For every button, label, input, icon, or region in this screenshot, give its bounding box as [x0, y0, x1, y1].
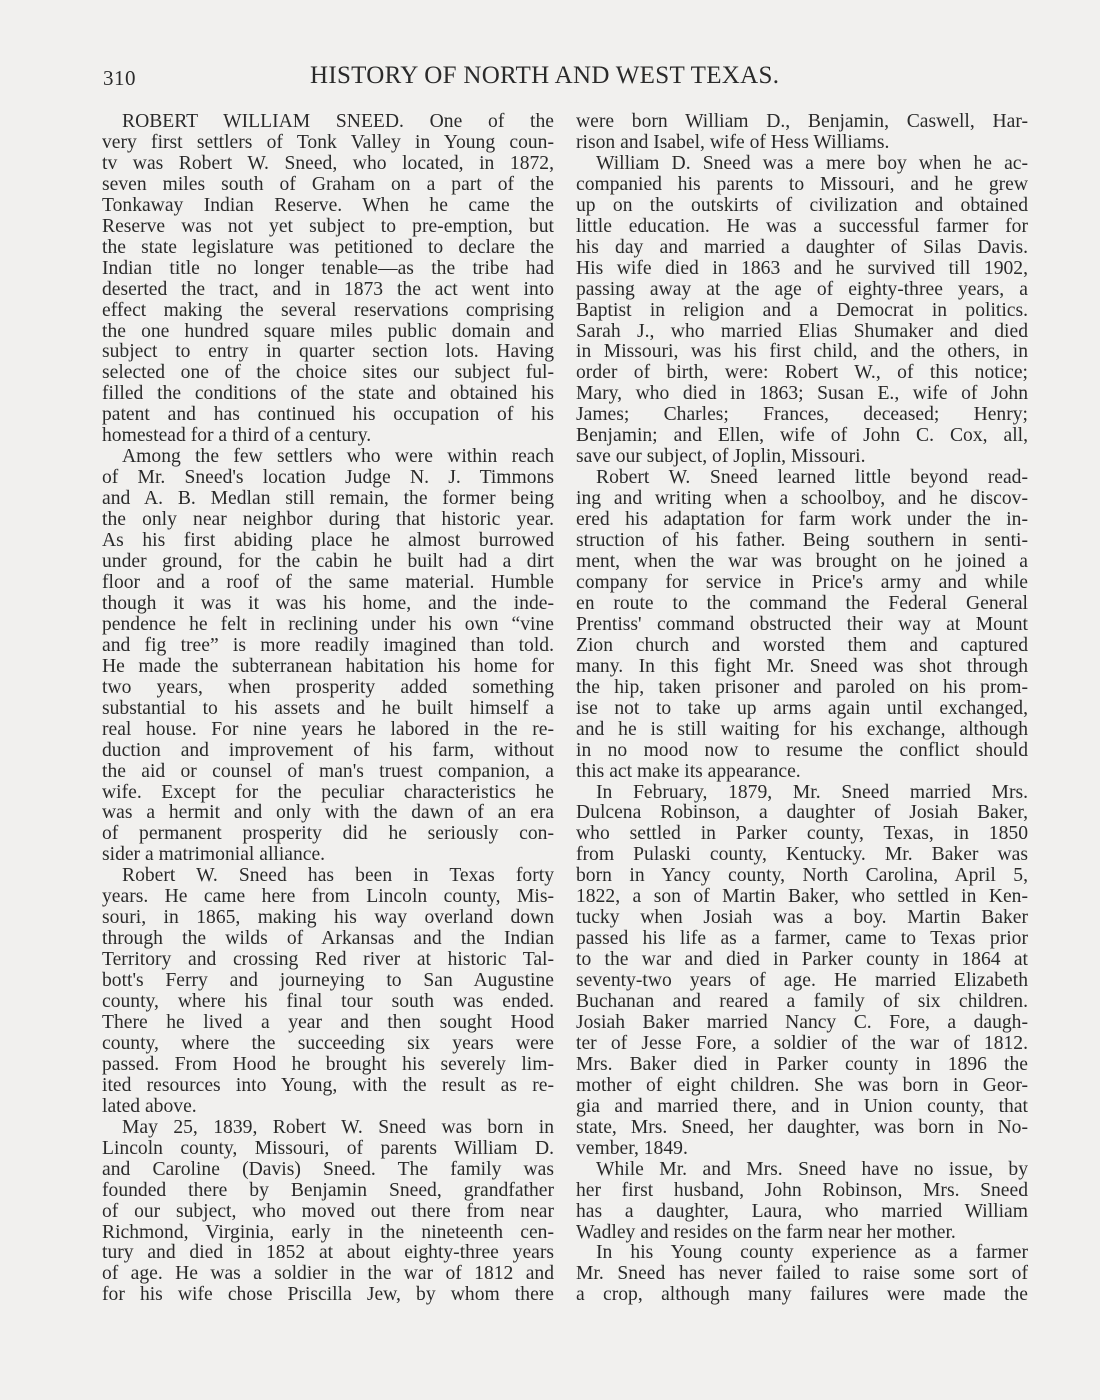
text-line: Wadley and resides on the farm near her … [576, 1223, 1028, 1244]
text-line: en route to the command the Federal Gene… [576, 594, 1028, 615]
text-line: Mr. Sneed has never failed to raise some… [576, 1264, 1028, 1285]
text-line: Mary, who died in 1863; Susan E., wife o… [576, 384, 1028, 405]
text-line: In his Young county experience as a farm… [576, 1243, 1028, 1264]
paragraph: ROBERT WILLIAM SNEED. One of thevery fir… [102, 112, 554, 447]
text-line: lated above. [102, 1097, 554, 1118]
text-line: 1822, a son of Martin Baker, who settled… [576, 887, 1028, 908]
text-line: Robert W. Sneed learned little beyond re… [576, 468, 1028, 489]
text-line: county, where his final tour south was e… [102, 992, 554, 1013]
text-line: through the wilds of Arkansas and the In… [102, 929, 554, 950]
text-line: tucky when Josiah was a boy. Martin Bake… [576, 908, 1028, 929]
paragraph: Among the few settlers who were within r… [102, 447, 554, 866]
text-line: in Missouri, was his first child, and th… [576, 342, 1028, 363]
text-line: the only near neighbor during that histo… [102, 510, 554, 531]
text-line: mother of eight children. She was born i… [576, 1076, 1028, 1097]
text-line: a crop, although many failures were made… [576, 1285, 1028, 1306]
text-line: floor and a roof of the same material. H… [102, 573, 554, 594]
text-line: William D. Sneed was a mere boy when he … [576, 154, 1028, 175]
text-line: There he lived a year and then sought Ho… [102, 1013, 554, 1034]
text-line: As his first abiding place he almost bur… [102, 531, 554, 552]
text-line: gia and married there, and in Union coun… [576, 1097, 1028, 1118]
text-line: Zion church and worsted them and capture… [576, 636, 1028, 657]
text-line: tury and died in 1852 at about eighty-th… [102, 1243, 554, 1264]
text-line: save our subject, of Joplin, Missouri. [576, 447, 1028, 468]
text-line: Mrs. Baker died in Parker county in 1896… [576, 1055, 1028, 1076]
text-line: James; Charles; Frances, deceased; Henry… [576, 405, 1028, 426]
text-line: under ground, for the cabin he built had… [102, 552, 554, 573]
text-line: effect making the several reservations c… [102, 301, 554, 322]
text-line: souri, in 1865, making his way overland … [102, 908, 554, 929]
text-line: ter of Jesse Fore, a soldier of the war … [576, 1034, 1028, 1055]
text-line: who settled in Parker county, Texas, in … [576, 824, 1028, 845]
text-line: Josiah Baker married Nancy C. Fore, a da… [576, 1013, 1028, 1034]
paragraph: William D. Sneed was a mere boy when he … [576, 154, 1028, 468]
text-line: and fig tree” is more readily imagined t… [102, 636, 554, 657]
text-line: founded there by Benjamin Sneed, grandfa… [102, 1181, 554, 1202]
text-line: Benjamin; and Ellen, wife of John C. Cox… [576, 426, 1028, 447]
page-number: 310 [103, 66, 136, 91]
text-line: selected one of the choice sites our sub… [102, 363, 554, 384]
text-line: to the war and died in Parker county in … [576, 950, 1028, 971]
text-line: Baptist in religion and a Democrat in po… [576, 301, 1028, 322]
paragraph: Robert W. Sneed learned little beyond re… [576, 468, 1028, 782]
text-line: His wife died in 1863 and he survived ti… [576, 259, 1028, 280]
text-line: In February, 1879, Mr. Sneed married Mrs… [576, 783, 1028, 804]
text-line: up on the outskirts of civilization and … [576, 196, 1028, 217]
text-line: the one hundred square miles public doma… [102, 322, 554, 343]
paragraph: In February, 1879, Mr. Sneed married Mrs… [576, 783, 1028, 1160]
text-line: Indian title no longer tenable—as the tr… [102, 259, 554, 280]
paragraph: were born William D., Benjamin, Caswell,… [576, 112, 1028, 154]
text-line: her first husband, John Robinson, Mrs. S… [576, 1181, 1028, 1202]
text-line: Tonkaway Indian Reserve. When he came th… [102, 196, 554, 217]
text-line: substantial to his assets and he built h… [102, 699, 554, 720]
text-line: Richmond, Virginia, early in the ninetee… [102, 1223, 554, 1244]
text-line: two years, when prosperity added somethi… [102, 678, 554, 699]
text-line: were born William D., Benjamin, Caswell,… [576, 112, 1028, 133]
text-line: deserted the tract, and in 1873 the act … [102, 280, 554, 301]
text-line: ROBERT WILLIAM SNEED. One of the [102, 112, 554, 133]
paragraph: In his Young county experience as a farm… [576, 1243, 1028, 1306]
text-line: many. In this fight Mr. Sneed was shot t… [576, 657, 1028, 678]
text-line: pendence he felt in reclining under his … [102, 615, 554, 636]
paragraph: Robert W. Sneed has been in Texas fortyy… [102, 866, 554, 1117]
text-line: bott's Ferry and journeying to San Augus… [102, 971, 554, 992]
text-line: seventy-two years of age. He married Eli… [576, 971, 1028, 992]
text-line: order of birth, were: Robert W., of this… [576, 363, 1028, 384]
text-line: this act make its appearance. [576, 762, 1028, 783]
running-title: HISTORY OF NORTH AND WEST TEXAS. [310, 62, 779, 90]
text-line: ise not to take up arms again until exch… [576, 699, 1028, 720]
text-line: little education. He was a successful fa… [576, 217, 1028, 238]
text-line: county, where the succeeding six years w… [102, 1034, 554, 1055]
text-line: Dulcena Robinson, a daughter of Josiah B… [576, 803, 1028, 824]
text-line: of our subject, who moved out there from… [102, 1202, 554, 1223]
text-line: ited resources into Young, with the resu… [102, 1076, 554, 1097]
text-line: the aid or counsel of man's truest compa… [102, 762, 554, 783]
text-line: born in Yancy county, North Carolina, Ap… [576, 866, 1028, 887]
text-line: for his wife chose Priscilla Jew, by who… [102, 1285, 554, 1306]
text-line: While Mr. and Mrs. Sneed have no issue, … [576, 1160, 1028, 1181]
text-line: passing away at the age of eighty-three … [576, 280, 1028, 301]
text-line: Robert W. Sneed has been in Texas forty [102, 866, 554, 887]
text-line: very first settlers of Tonk Valley in Yo… [102, 133, 554, 154]
text-line: company for service in Price's army and … [576, 573, 1028, 594]
text-line: rison and Isabel, wife of Hess Williams. [576, 133, 1028, 154]
text-line: Territory and crossing Red river at hist… [102, 950, 554, 971]
left-column: ROBERT WILLIAM SNEED. One of thevery fir… [102, 112, 554, 1306]
text-line: ment, when the war was brought on he joi… [576, 552, 1028, 573]
text-line: struction of his father. Being southern … [576, 531, 1028, 552]
text-line: subject to entry in quarter section lots… [102, 342, 554, 363]
text-line: and he is still waiting for his exchange… [576, 720, 1028, 741]
text-line: homestead for a third of a century. [102, 426, 554, 447]
text-line: May 25, 1839, Robert W. Sneed was born i… [102, 1118, 554, 1139]
text-line: the hip, taken prisoner and paroled on h… [576, 678, 1028, 699]
text-line: was a hermit and only with the dawn of a… [102, 803, 554, 824]
text-line: wife. Except for the peculiar characteri… [102, 783, 554, 804]
text-line: passed his life as a farmer, came to Tex… [576, 929, 1028, 950]
text-line: years. He came here from Lincoln county,… [102, 887, 554, 908]
text-line: companied his parents to Missouri, and h… [576, 175, 1028, 196]
text-line: passed. From Hood he brought his severel… [102, 1055, 554, 1076]
text-line: the state legislature was petitioned to … [102, 238, 554, 259]
paragraph: May 25, 1839, Robert W. Sneed was born i… [102, 1118, 554, 1307]
text-line: of permanent prosperity did he seriously… [102, 824, 554, 845]
text-line: sider a matrimonial alliance. [102, 845, 554, 866]
text-line: state, Mrs. Sneed, her daughter, was bor… [576, 1118, 1028, 1139]
text-line: and Caroline (Davis) Sneed. The family w… [102, 1160, 554, 1181]
paragraph: While Mr. and Mrs. Sneed have no issue, … [576, 1160, 1028, 1244]
text-line: of age. He was a soldier in the war of 1… [102, 1264, 554, 1285]
text-line: tv was Robert W. Sneed, who located, in … [102, 154, 554, 175]
text-line: from Pulaski county, Kentucky. Mr. Baker… [576, 845, 1028, 866]
text-line: and A. B. Medlan still remain, the forme… [102, 489, 554, 510]
text-line: Prentiss' command obstructed their way a… [576, 615, 1028, 636]
text-line: ered his adaptation for farm work under … [576, 510, 1028, 531]
text-line: Buchanan and reared a family of six chil… [576, 992, 1028, 1013]
text-line: filled the conditions of the state and o… [102, 384, 554, 405]
text-line: Sarah J., who married Elias Shumaker and… [576, 322, 1028, 343]
text-line: Lincoln county, Missouri, of parents Wil… [102, 1139, 554, 1160]
text-line: in no mood now to resume the conflict sh… [576, 741, 1028, 762]
text-line: though it was it was his home, and the i… [102, 594, 554, 615]
text-line: Among the few settlers who were within r… [102, 447, 554, 468]
text-line: has a daughter, Laura, who married Willi… [576, 1202, 1028, 1223]
text-line: his day and married a daughter of Silas … [576, 238, 1028, 259]
right-column: were born William D., Benjamin, Caswell,… [576, 112, 1028, 1306]
text-line: real house. For nine years he labored in… [102, 720, 554, 741]
text-line: of Mr. Sneed's location Judge N. J. Timm… [102, 468, 554, 489]
text-line: vember, 1849. [576, 1139, 1028, 1160]
text-line: patent and has continued his occupation … [102, 405, 554, 426]
text-line: Reserve was not yet subject to pre-empti… [102, 217, 554, 238]
text-line: seven miles south of Graham on a part of… [102, 175, 554, 196]
text-line: duction and improvement of his farm, wit… [102, 741, 554, 762]
text-line: ing and writing when a schoolboy, and he… [576, 489, 1028, 510]
text-line: He made the subterranean habitation his … [102, 657, 554, 678]
